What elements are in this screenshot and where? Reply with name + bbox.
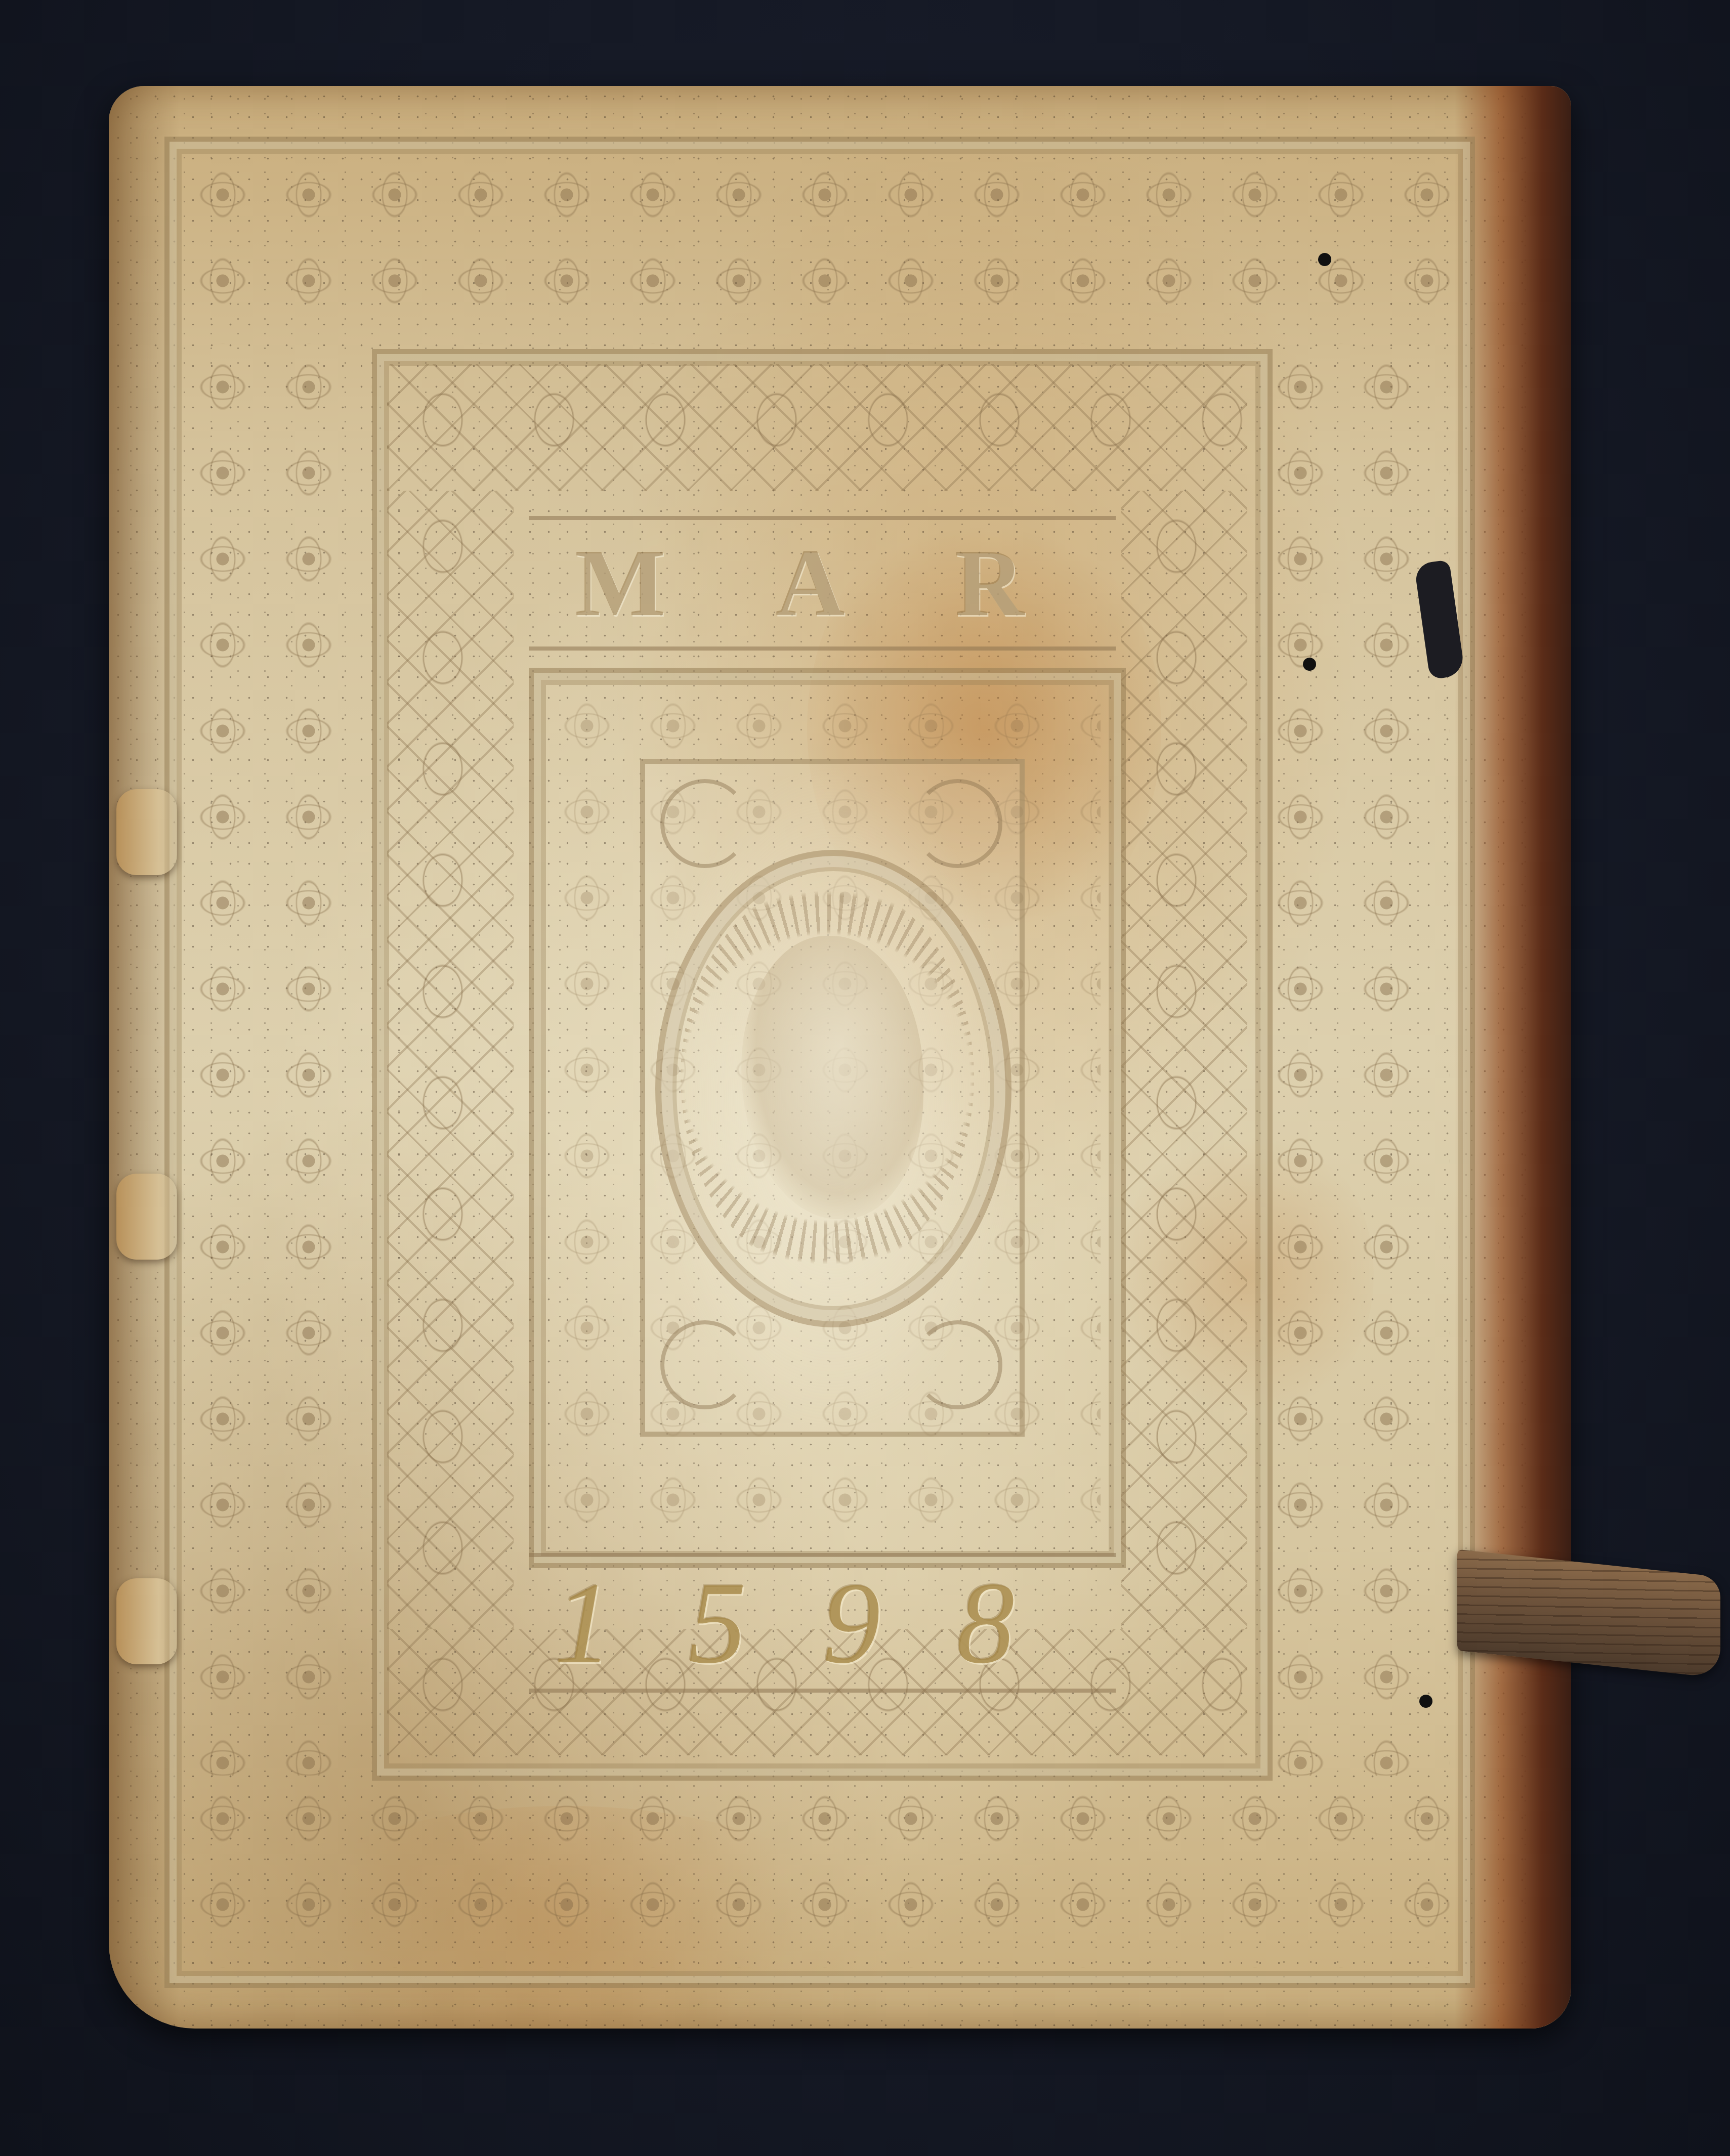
stamped-initials: M A R [575,528,1070,638]
interlace-border-right [1121,491,1247,1629]
scroll-ornament [660,1320,749,1409]
spine-band [116,1578,177,1664]
nail-hole [1419,1695,1432,1708]
outer-border-top [180,152,1450,344]
interlace-border-left [387,491,514,1629]
scroll-ornament [913,1320,1002,1409]
scroll-ornament [660,779,749,868]
photo-scene: M A R 1598 [0,0,1730,2156]
nail-hole [1303,658,1316,671]
spine-band [116,789,177,875]
outer-border-left [180,344,372,1776]
outer-border-bottom [180,1776,1450,1968]
initials-panel: M A R [529,516,1116,651]
nail-hole [1318,253,1331,266]
interlace-border-top [387,364,1247,491]
outer-border-right [1257,344,1450,1776]
spine-band [116,1174,177,1260]
book-cover: M A R 1598 [109,86,1571,2029]
date-panel: 1598 [529,1553,1116,1693]
stamped-date: 1598 [554,1556,1090,1690]
scroll-ornament [913,779,1002,868]
